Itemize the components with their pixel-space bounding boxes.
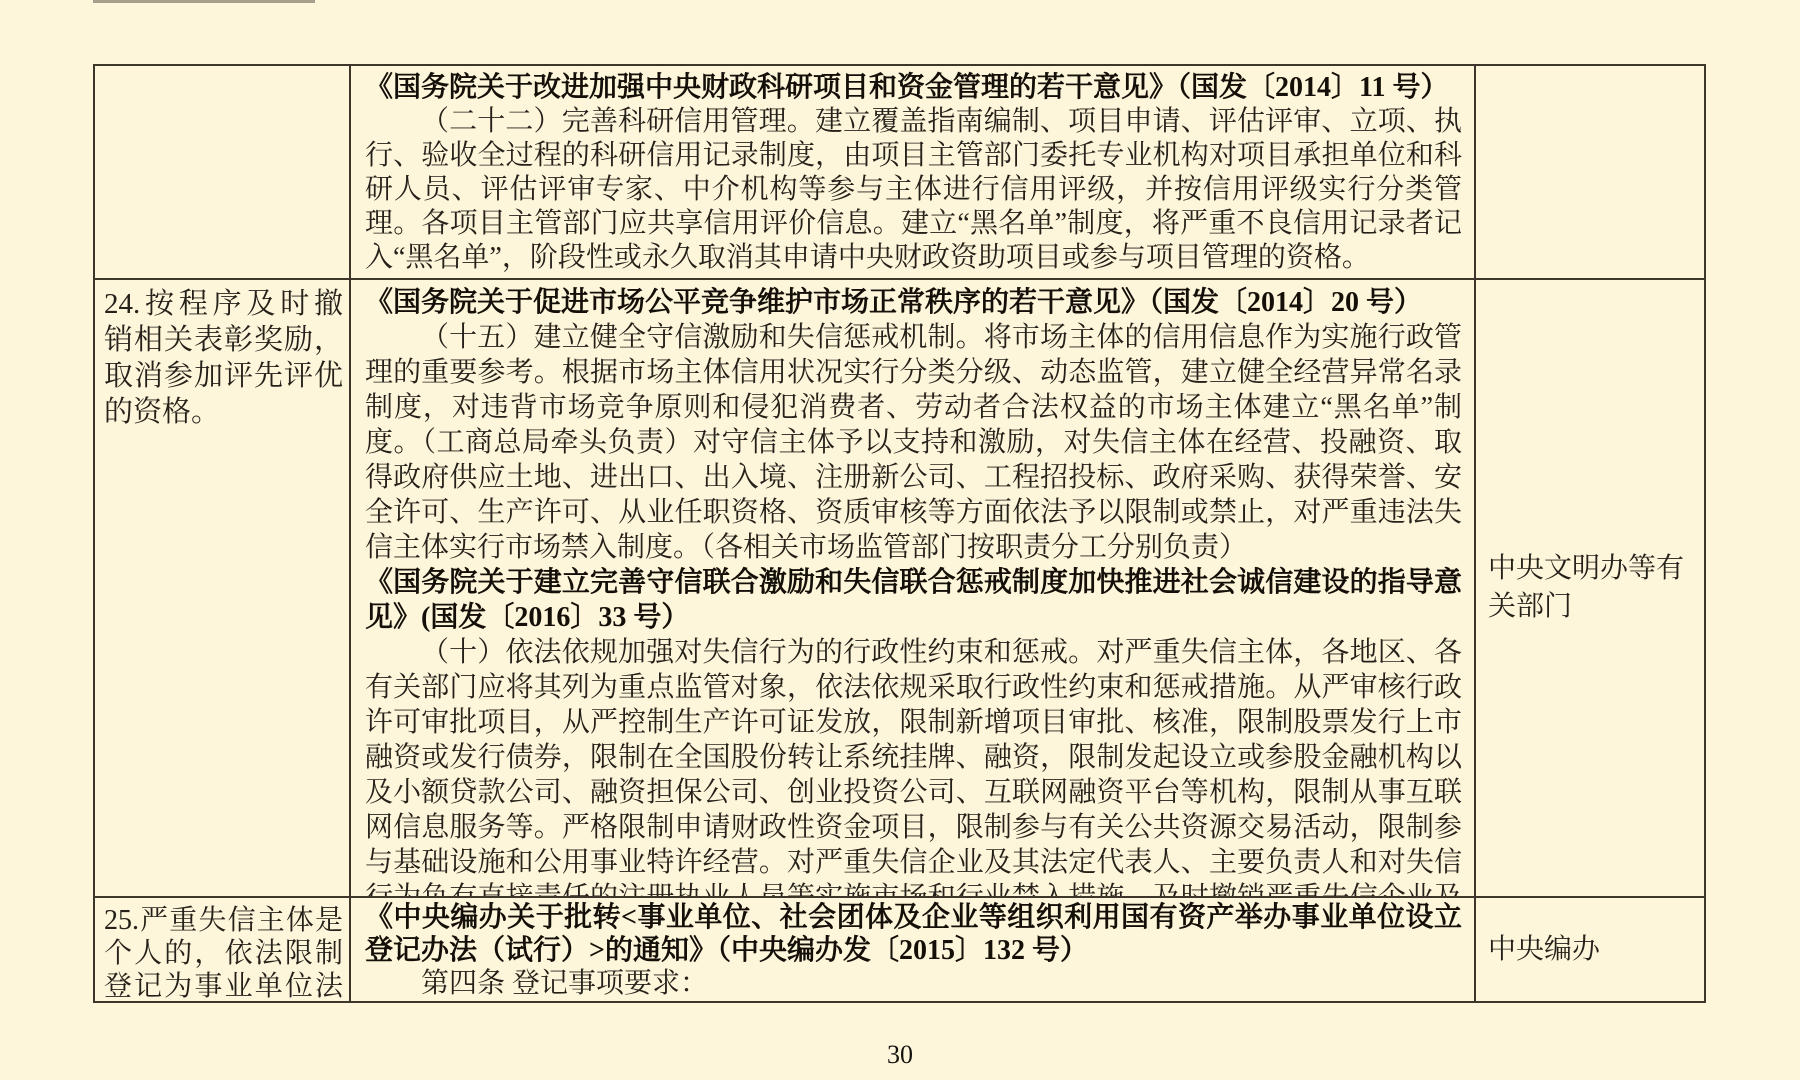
department-cell (1476, 66, 1704, 278)
table-row: 25.严重失信主体是个人的，依法限制登记为事业单位法定代表人； 《中央编办关于批… (95, 898, 1704, 1001)
department-cell: 中央文明办等有关部门 (1476, 280, 1704, 896)
measure-cell: 24.按程序及时撤销相关表彰奖励，取消参加评先评优的资格。 (95, 280, 351, 896)
cut-off-border-artifact (93, 0, 315, 3)
basis-cell: 《国务院关于改进加强中央财政科研项目和资金管理的若干意见》（国发〔2014〕11… (351, 66, 1476, 278)
document-page: 《国务院关于改进加强中央财政科研项目和资金管理的若干意见》（国发〔2014〕11… (0, 0, 1800, 1080)
policy-measures-table: 《国务院关于改进加强中央财政科研项目和资金管理的若干意见》（国发〔2014〕11… (93, 64, 1706, 1003)
table-row: 24.按程序及时撤销相关表彰奖励，取消参加评先评优的资格。 《国务院关于促进市场… (95, 280, 1704, 898)
basis-document-title: 《中央编办关于批转<事业单位、社会团体及企业等组织利用国有资产举办事业单位设立登… (365, 901, 1462, 967)
page-number: 30 (0, 1040, 1800, 1070)
basis-paragraph: （十五）建立健全守信激励和失信惩戒机制。将市场主体的信用信息作为实施行政管理的重… (365, 320, 1462, 565)
basis-paragraph: （二十二）完善科研信用管理。建立覆盖指南编制、项目申请、评估评审、立项、执行、验… (365, 105, 1462, 275)
measure-cell (95, 66, 351, 278)
basis-paragraph: 第四条 登记事项要求： (365, 967, 1462, 1000)
basis-document-title: 《国务院关于建立完善守信联合激励和失信联合惩戒制度加快推进社会诚信建设的指导意见… (365, 565, 1462, 635)
basis-cell: 《国务院关于促进市场公平竞争维护市场正常秩序的若干意见》（国发〔2014〕20 … (351, 280, 1476, 896)
department-text: 中央文明办等有关部门 (1488, 550, 1700, 626)
department-cell: 中央编办 (1476, 898, 1704, 1001)
basis-paragraph: （十）依法依规加强对失信行为的行政性约束和惩戒。对严重失信主体，各地区、各有关部… (365, 635, 1462, 896)
measure-text: 25.严重失信主体是个人的，依法限制登记为事业单位法定代表人； (104, 904, 343, 1001)
table-row: 《国务院关于改进加强中央财政科研项目和资金管理的若干意见》（国发〔2014〕11… (95, 66, 1704, 280)
measure-cell: 25.严重失信主体是个人的，依法限制登记为事业单位法定代表人； (95, 898, 351, 1001)
basis-cell: 《中央编办关于批转<事业单位、社会团体及企业等组织利用国有资产举办事业单位设立登… (351, 898, 1476, 1001)
measure-text: 24.按程序及时撤销相关表彰奖励，取消参加评先评优的资格。 (104, 286, 343, 430)
basis-document-title: 《国务院关于促进市场公平竞争维护市场正常秩序的若干意见》（国发〔2014〕20 … (365, 285, 1462, 320)
department-text: 中央编办 (1488, 931, 1600, 969)
basis-document-title: 《国务院关于改进加强中央财政科研项目和资金管理的若干意见》（国发〔2014〕11… (365, 71, 1462, 105)
